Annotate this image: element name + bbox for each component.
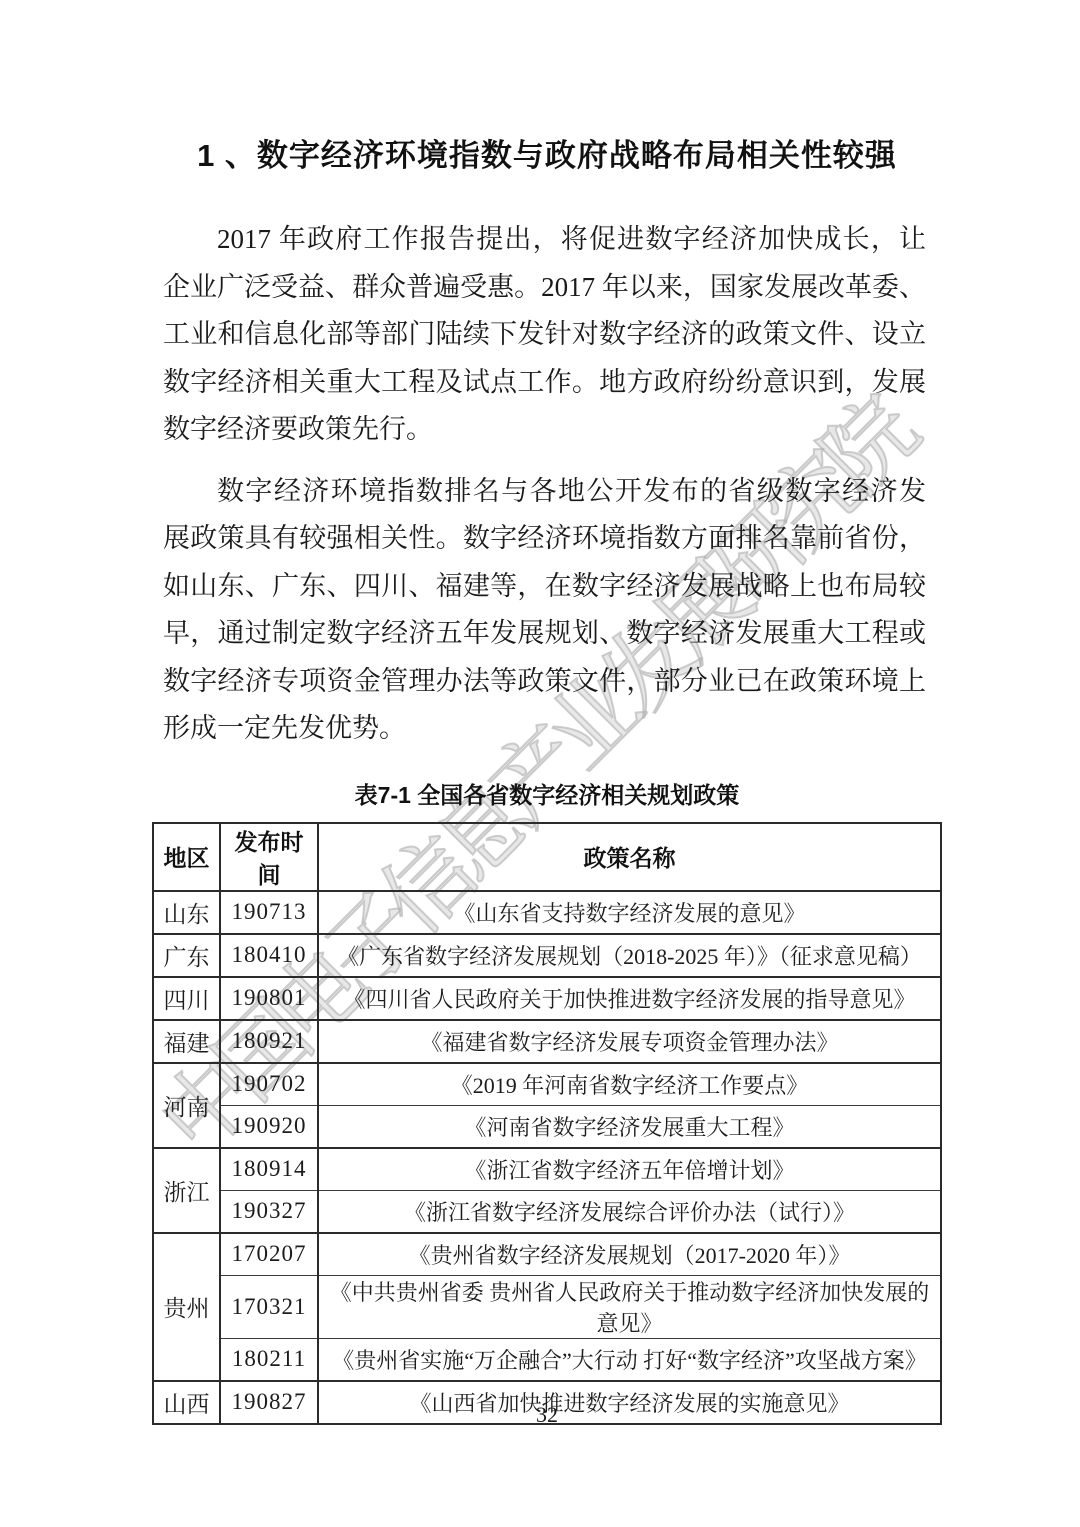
date-cell: 180211: [220, 1338, 318, 1381]
table-row: 180211 《贵州省实施“万企融合”大行动 打好“数字经济”攻坚战方案》: [153, 1338, 941, 1381]
table-row: 广东 180410 《广东省数字经济发展规划（2018-2025 年）》（征求意…: [153, 934, 941, 977]
section-heading: 1 、数字经济环境指数与政府战略布局相关性较强: [152, 132, 942, 180]
paragraph-line: 数字经济相关重大工程及试点工作。地方政府纷纷意识到，发展: [163, 359, 926, 407]
date-cell: 190713: [220, 891, 318, 934]
policy-cell: 《中共贵州省委 贵州省人民政府关于推动数字经济加快发展的意见》: [318, 1275, 941, 1338]
date-cell: 180410: [220, 934, 318, 977]
paragraph-line: 数字经济要政策先行。: [163, 406, 926, 454]
region-cell: 广东: [153, 934, 220, 977]
page-content: 1 、数字经济环境指数与政府战略布局相关性较强 2017 年政府工作报告提出，将…: [152, 0, 942, 1425]
table-row: 山东 190713 《山东省支持数字经济发展的意见》: [153, 891, 941, 934]
date-cell: 170207: [220, 1233, 318, 1276]
policy-table: 地区 发布时间 政策名称 山东 190713 《山东省支持数字经济发展的意见》 …: [152, 822, 942, 1425]
paragraph-line: 数字经济环境指数排名与各地公开发布的省级数字经济发: [163, 468, 926, 516]
policy-cell: 《浙江省数字经济发展综合评价办法（试行）》: [318, 1190, 941, 1233]
paragraph-1: 2017 年政府工作报告提出，将促进数字经济加快成长，让 企业广泛受益、群众普遍…: [152, 216, 942, 454]
policy-cell: 《山东省支持数字经济发展的意见》: [318, 891, 941, 934]
table-row: 浙江 180914 《浙江省数字经济五年倍增计划》: [153, 1148, 941, 1191]
policy-cell: 《浙江省数字经济五年倍增计划》: [318, 1148, 941, 1191]
table-row: 190920 《河南省数字经济发展重大工程》: [153, 1105, 941, 1148]
policy-cell: 《2019 年河南省数字经济工作要点》: [318, 1063, 941, 1106]
table-row: 福建 180921 《福建省数字经济发展专项资金管理办法》: [153, 1020, 941, 1063]
date-cell: 180921: [220, 1020, 318, 1063]
paragraph-line: 形成一定先发优势。: [163, 705, 926, 753]
document-page: 中国电子信息产业发展研究院 1 、数字经济环境指数与政府战略布局相关性较强 20…: [0, 0, 1080, 1527]
region-cell: 贵州: [153, 1233, 220, 1381]
region-cell: 山东: [153, 891, 220, 934]
region-cell: 四川: [153, 977, 220, 1020]
policy-cell: 《河南省数字经济发展重大工程》: [318, 1105, 941, 1148]
date-cell: 190702: [220, 1063, 318, 1106]
policy-cell: 《福建省数字经济发展专项资金管理办法》: [318, 1020, 941, 1063]
table-header-row: 地区 发布时间 政策名称: [153, 823, 941, 891]
table-row: 贵州 170207 《贵州省数字经济发展规划（2017-2020 年）》: [153, 1233, 941, 1276]
header-date: 发布时间: [220, 823, 318, 891]
paragraph-line: 展政策具有较强相关性。数字经济环境指数方面排名靠前省份，: [163, 515, 926, 563]
paragraph-line: 如山东、广东、四川、福建等，在数字经济发展战略上也布局较: [163, 563, 926, 611]
table-row: 170321 《中共贵州省委 贵州省人民政府关于推动数字经济加快发展的意见》: [153, 1275, 941, 1338]
date-cell: 190801: [220, 977, 318, 1020]
header-region: 地区: [153, 823, 220, 891]
policy-cell: 《广东省数字经济发展规划（2018-2025 年）》（征求意见稿）: [318, 934, 941, 977]
paragraph-line: 2017 年政府工作报告提出，将促进数字经济加快成长，让: [163, 216, 926, 264]
table-row: 190327 《浙江省数字经济发展综合评价办法（试行）》: [153, 1190, 941, 1233]
paragraph-line: 早，通过制定数字经济五年发展规划、数字经济发展重大工程或: [163, 610, 926, 658]
date-cell: 190327: [220, 1190, 318, 1233]
table-row: 四川 190801 《四川省人民政府关于加快推进数字经济发展的指导意见》: [153, 977, 941, 1020]
policy-cell: 《四川省人民政府关于加快推进数字经济发展的指导意见》: [318, 977, 941, 1020]
region-cell: 浙江: [153, 1148, 220, 1233]
policy-cell: 《贵州省数字经济发展规划（2017-2020 年）》: [318, 1233, 941, 1276]
region-cell: 河南: [153, 1063, 220, 1148]
date-cell: 170321: [220, 1275, 318, 1338]
policy-cell: 《贵州省实施“万企融合”大行动 打好“数字经济”攻坚战方案》: [318, 1338, 941, 1381]
date-cell: 180914: [220, 1148, 318, 1191]
header-policy: 政策名称: [318, 823, 941, 891]
page-number: 32: [152, 1402, 942, 1428]
paragraph-line: 企业广泛受益、群众普遍受惠。2017 年以来，国家发展改革委、: [163, 264, 926, 312]
paragraph-line: 工业和信息化部等部门陆续下发针对数字经济的政策文件、设立: [163, 311, 926, 359]
table-caption: 表7-1 全国各省数字经济相关规划政策: [152, 777, 942, 810]
paragraph-2: 数字经济环境指数排名与各地公开发布的省级数字经济发 展政策具有较强相关性。数字经…: [152, 468, 942, 753]
paragraph-line: 数字经济专项资金管理办法等政策文件，部分业已在政策环境上: [163, 658, 926, 706]
table-row: 河南 190702 《2019 年河南省数字经济工作要点》: [153, 1063, 941, 1106]
region-cell: 福建: [153, 1020, 220, 1063]
date-cell: 190920: [220, 1105, 318, 1148]
